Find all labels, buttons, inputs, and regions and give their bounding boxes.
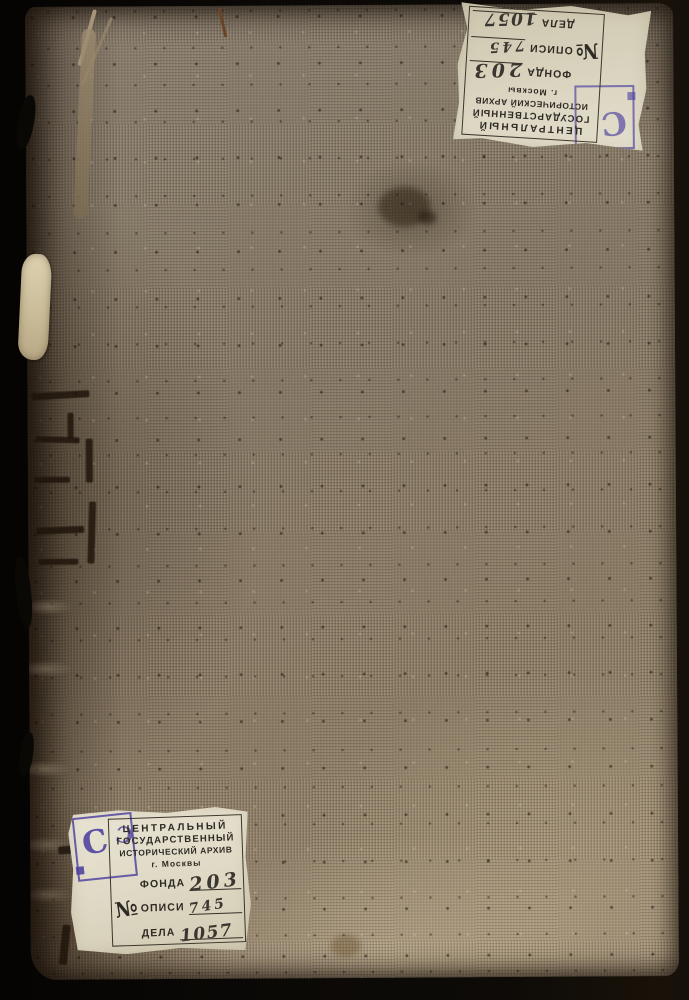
field-opis: ОПИСИ 745	[470, 36, 573, 58]
field-label-opis: ОПИСИ	[141, 901, 185, 917]
field-opis: ОПИСИ 745	[141, 898, 242, 917]
field-value-opis: 745	[486, 38, 525, 53]
label-frame: ЦЕНТРАЛЬНЫЙ ГОСУДАРСТВЕННЫЙ ИСТОРИЧЕСКИЙ…	[461, 6, 605, 143]
control-stamp-letter: С	[599, 106, 628, 141]
archive-name: ЦЕНТРАЛЬНЫЙ ГОСУДАРСТВЕННЫЙ ИСТОРИЧЕСКИЙ…	[116, 819, 236, 872]
spine-ink-mark	[38, 559, 78, 565]
field-label-delo: ДЕЛА	[141, 926, 175, 941]
spine-ink-mark	[86, 439, 93, 483]
number-sign: №	[113, 896, 139, 920]
field-value-delo: 1057	[483, 10, 537, 27]
field-value-fond: 203	[470, 59, 522, 77]
field-label-fond: ФОНДА	[140, 877, 186, 893]
spine-paper-remnant	[17, 253, 52, 360]
spine-ink-mark	[36, 436, 80, 443]
cover-stain	[331, 935, 361, 957]
archive-name: ЦЕНТРАЛЬНЫЙ ГОСУДАРСТВЕННЫЙ ИСТОРИЧЕСКИЙ…	[471, 82, 592, 138]
field-label-delo: ДЕЛА	[540, 14, 575, 30]
control-stamp-letter: С	[79, 824, 111, 861]
field-label-opis: ОПИСИ	[529, 39, 574, 56]
field-label-fond: ФОНДА	[526, 64, 572, 81]
control-stamp-dot	[76, 866, 85, 875]
field-value-fond: 203	[189, 871, 242, 894]
field-delo: ДЕЛА 1057	[472, 10, 575, 33]
label-fields: № ФОНДА 203 ОПИСИ 745 ДЕЛА 1057	[114, 871, 242, 943]
label-fields: № ФОНДА 203 ОПИСИ 745 ДЕЛА 1057	[469, 10, 601, 86]
frayed-thread	[218, 8, 227, 38]
field-delo: ДЕЛА 1057	[141, 922, 242, 942]
field-value-opis: 745	[188, 897, 228, 915]
archive-label-bottom: С Ɔ ЦЕНТРАЛЬНЫЙ ГОСУДАРСТВЕННЫЙ ИСТОРИЧЕ…	[68, 806, 253, 956]
label-frame: ЦЕНТРАЛЬНЫЙ ГОСУДАРСТВЕННЫЙ ИСТОРИЧЕСКИЙ…	[108, 814, 246, 947]
cover-stain	[418, 210, 436, 224]
spine-ink-mark	[68, 413, 74, 439]
field-fond: ФОНДА 203	[469, 60, 572, 85]
control-stamp-dot	[627, 92, 635, 100]
photo-background: С Ɔ ЦЕНТРАЛЬНЫЙ ГОСУДАРСТВЕННЫЙ ИСТОРИЧЕ…	[0, 0, 689, 1000]
field-value-delo: 1057	[179, 923, 234, 945]
number-sign: №	[575, 40, 599, 62]
archive-label-top: С ЦЕНТРАЛЬНЫЙ ГОСУДАРСТВЕННЫЙ ИСТОРИЧЕСК…	[453, 0, 651, 154]
spine-ink-mark	[34, 477, 70, 483]
field-fond: ФОНДА 203	[140, 871, 242, 893]
